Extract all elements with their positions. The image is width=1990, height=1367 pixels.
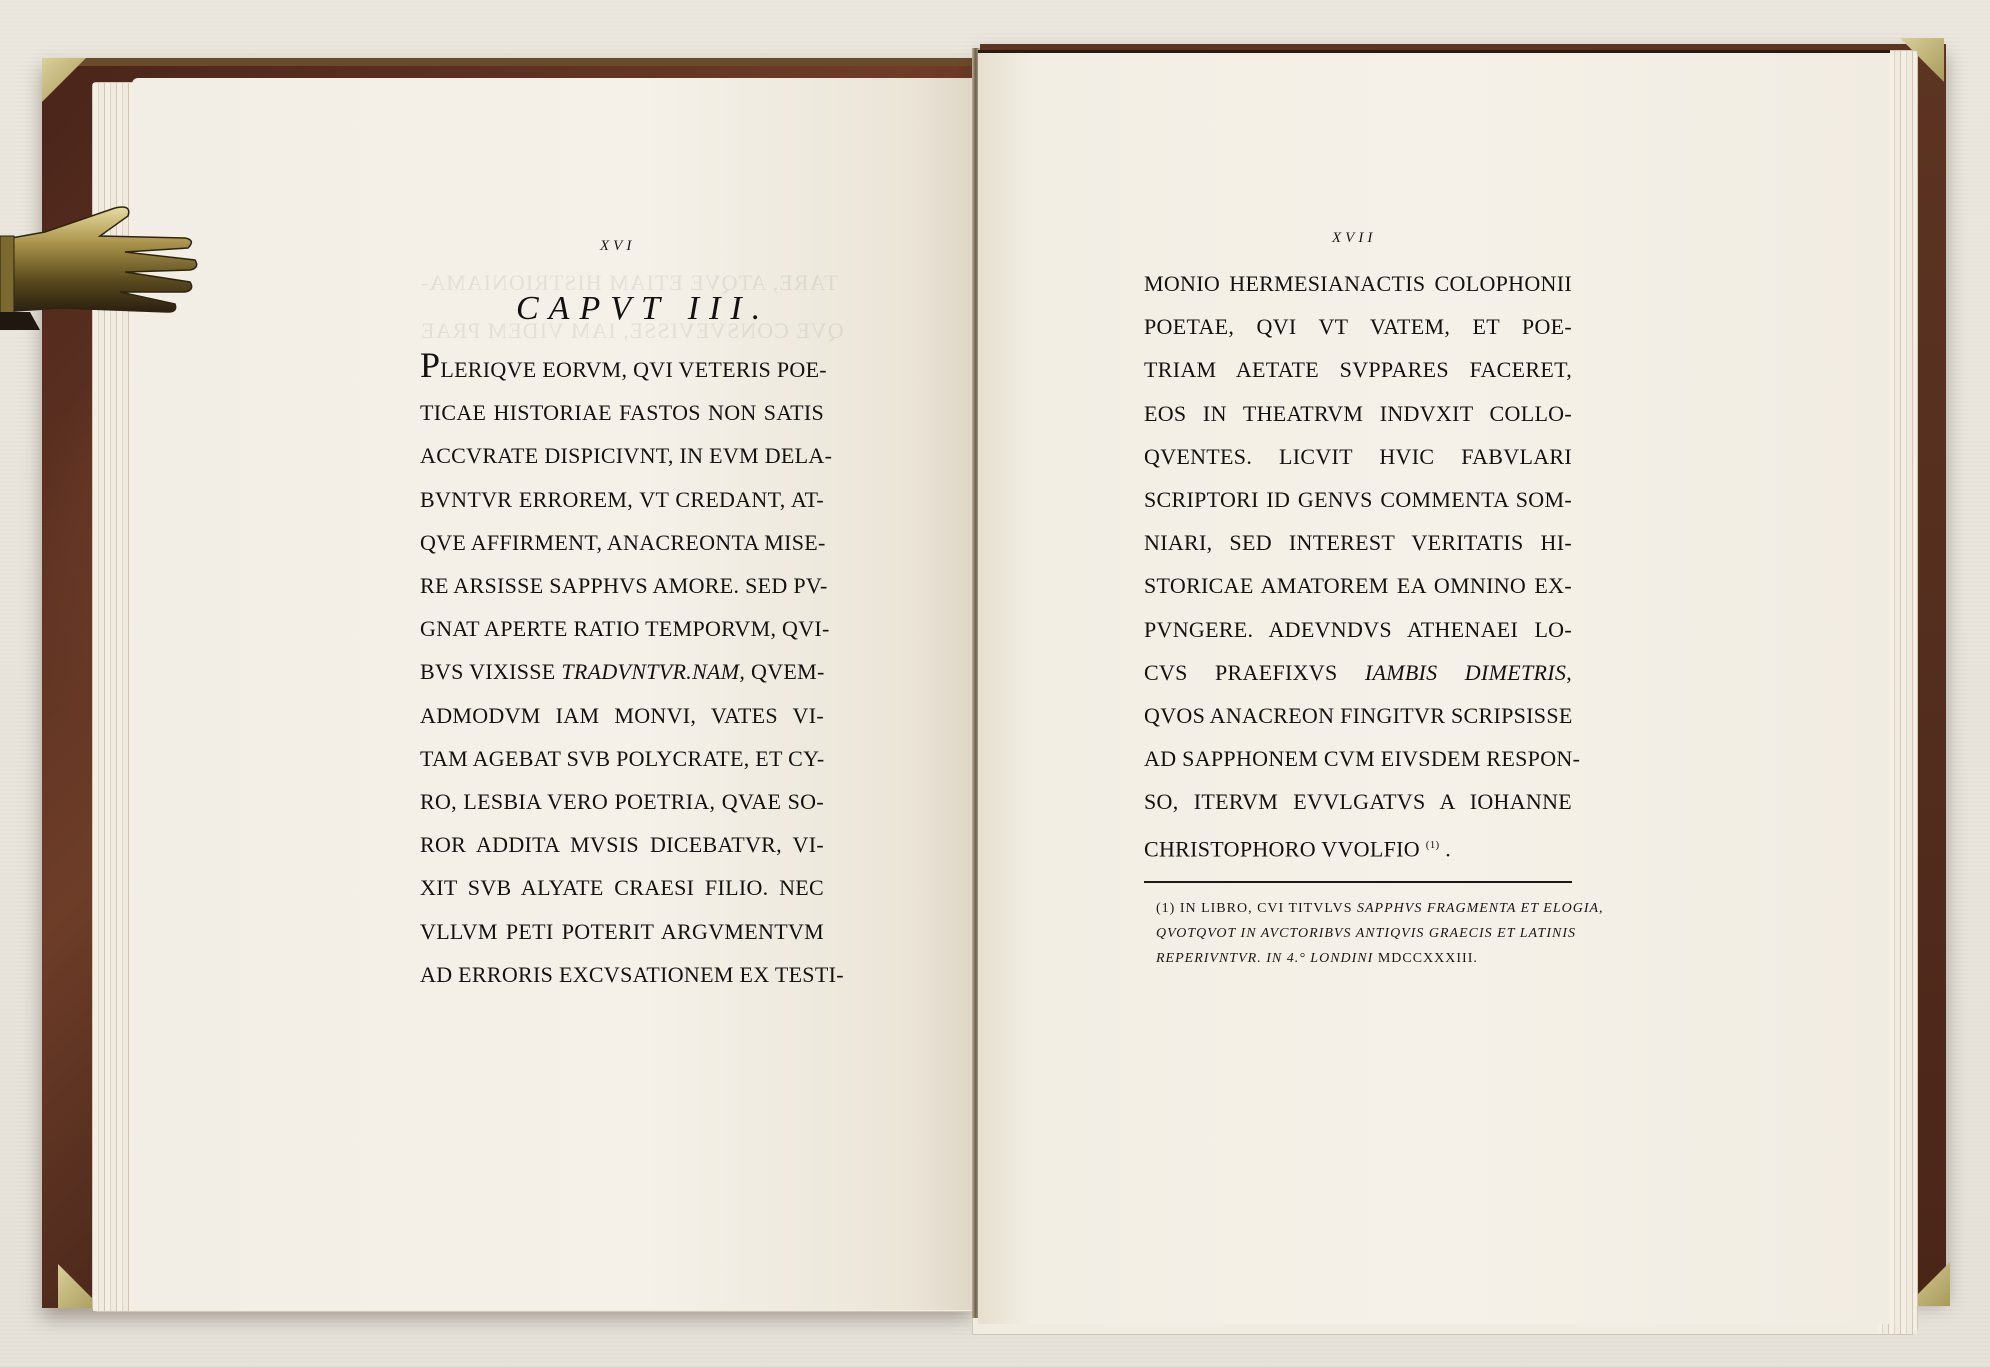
page-number-right: XVII bbox=[1332, 230, 1376, 247]
line-text: AD SAPPHONEM CVM EIVSDEM RESPON- bbox=[1144, 746, 1580, 771]
text-line: CHRISTOPHORO VVOLFIO (1) . bbox=[1144, 824, 1572, 871]
left-page-body-text: PLERIQVE EORVM, QVI VETERIS POE-TICAE HI… bbox=[420, 348, 824, 996]
text-line: STORICAE AMATOREM EA OMNINO EX- bbox=[1144, 564, 1572, 607]
text-line: CVS PRAEFIXVS IAMBIS DIMETRIS, bbox=[1144, 651, 1572, 694]
line-text: EOS IN THEATRVM INDVXIT COLLO- bbox=[1144, 401, 1572, 426]
text-line: TRIAM AETATE SVPPARES FACERET, bbox=[1144, 348, 1572, 391]
line-text: MDCCXXXIII. bbox=[1373, 951, 1478, 966]
line-text: QVEM- bbox=[745, 659, 824, 684]
text-line: NIARI, SED INTEREST VERITATIS HI- bbox=[1144, 521, 1572, 564]
text-line: BVS VIXISSE TRADVNTVR.NAM, QVEM- bbox=[420, 650, 824, 693]
text-line: QVENTES. LICVIT HVIC FABVLARI bbox=[1144, 435, 1572, 478]
text-line: (1) IN LIBRO, CVI TITVLVS SAPPHVS FRAGME… bbox=[1156, 896, 1572, 921]
text-line: ACCVRATE DISPICIVNT, IN EVM DELA- bbox=[420, 434, 824, 477]
line-text: PVNGERE. ADEVNDVS ATHENAEI LO- bbox=[1144, 617, 1572, 642]
text-line: VLLVM PETI POTERIT ARGVMENTVM bbox=[420, 910, 824, 953]
italic-text: TRADVNTVR.NAM, bbox=[561, 659, 745, 684]
line-text: TAM AGEBAT SVB POLYCRATE, ET CY- bbox=[420, 746, 825, 771]
line-text: QVOS ANACREON FINGITVR SCRIPSISSE bbox=[1144, 703, 1573, 728]
line-text: SCRIPTORI ID GENVS COMMENTA SOM- bbox=[1144, 487, 1572, 512]
line-text: RE ARSISSE SAPPHVS AMORE. SED PV- bbox=[420, 573, 828, 598]
drop-cap: P bbox=[420, 345, 440, 385]
footnote: (1) IN LIBRO, CVI TITVLVS SAPPHVS FRAGME… bbox=[1156, 896, 1572, 971]
text-line: REPERIVNTVR. IN 4.° LONDINI MDCCXXXIII. bbox=[1156, 946, 1572, 971]
italic-text: IAMBIS DIMETRIS bbox=[1365, 660, 1566, 685]
line-text: CVS PRAEFIXVS bbox=[1144, 660, 1365, 685]
footnote-marker[interactable]: (1) bbox=[1426, 839, 1440, 851]
line-text: NIARI, SED INTEREST VERITATIS HI- bbox=[1144, 530, 1572, 555]
text-line: QVOS ANACREON FINGITVR SCRIPSISSE bbox=[1144, 694, 1572, 737]
text-line: TICAE HISTORIAE FASTOS NON SATIS bbox=[420, 391, 824, 434]
line-text: TICAE HISTORIAE FASTOS NON SATIS bbox=[420, 400, 824, 425]
line-text: ROR ADDITA MVSIS DICEBATVR, VI- bbox=[420, 832, 824, 857]
line-text: QVE AFFIRMENT, ANACREONTA MISE- bbox=[420, 530, 826, 555]
text-line: TAM AGEBAT SVB POLYCRATE, ET CY- bbox=[420, 737, 824, 780]
line-text: TRIAM AETATE SVPPARES FACERET, bbox=[1144, 357, 1572, 382]
line-text: CHRISTOPHORO VVOLFIO bbox=[1144, 836, 1426, 861]
text-line: AD ERRORIS EXCVSATIONEM EX TESTI- bbox=[420, 953, 824, 996]
text-line: XIT SVB ALYATE CRAESI FILIO. NEC bbox=[420, 866, 824, 909]
line-text: XIT SVB ALYATE CRAESI FILIO. NEC bbox=[420, 875, 824, 900]
right-page-body-text: MONIO HERMESIANACTIS COLOPHONIIPOETAE, Q… bbox=[1144, 262, 1572, 870]
brass-hand-bookmark-icon bbox=[0, 200, 200, 330]
line-text: LERIQVE EORVM, QVI VETERIS POE- bbox=[440, 357, 827, 382]
line-text: ACCVRATE DISPICIVNT, IN EVM DELA- bbox=[420, 443, 832, 468]
text-line: PLERIQVE EORVM, QVI VETERIS POE- bbox=[420, 348, 824, 391]
text-line: MONIO HERMESIANACTIS COLOPHONII bbox=[1144, 262, 1572, 305]
text-line: BVNTVR ERROREM, VT CREDANT, AT- bbox=[420, 478, 824, 521]
line-text: (1) IN LIBRO, CVI TITVLVS bbox=[1156, 901, 1357, 916]
text-line: ADMODVM IAM MONVI, VATES VI- bbox=[420, 694, 824, 737]
italic-text: REPERIVNTVR. IN 4.° LONDINI bbox=[1156, 951, 1373, 966]
line-text: GNAT APERTE RATIO TEMPORVM, QVI- bbox=[420, 616, 830, 641]
text-line: GNAT APERTE RATIO TEMPORVM, QVI- bbox=[420, 607, 824, 650]
text-line: QVE AFFIRMENT, ANACREONTA MISE- bbox=[420, 521, 824, 564]
italic-text: QVOTQVOT IN AVCTORIBVS ANTIQVIS GRAECIS … bbox=[1156, 926, 1576, 941]
line-text: AD ERRORIS EXCVSATIONEM EX TESTI- bbox=[420, 962, 844, 987]
text-line: QVOTQVOT IN AVCTORIBVS ANTIQVIS GRAECIS … bbox=[1156, 921, 1572, 946]
text-line: RE ARSISSE SAPPHVS AMORE. SED PV- bbox=[420, 564, 824, 607]
line-text: VLLVM PETI POTERIT ARGVMENTVM bbox=[420, 919, 824, 944]
line-text: BVNTVR ERROREM, VT CREDANT, AT- bbox=[420, 487, 824, 512]
italic-text: SAPPHVS FRAGMENTA ET ELOGIA, bbox=[1357, 901, 1604, 916]
line-text: SO, ITERVM EVVLGATVS A IOHANNE bbox=[1144, 789, 1572, 814]
line-text: ADMODVM IAM MONVI, VATES VI- bbox=[420, 703, 824, 728]
line-text: STORICAE AMATOREM EA OMNINO EX- bbox=[1144, 573, 1572, 598]
chapter-heading: CAPVT III. bbox=[516, 290, 770, 328]
line-text: , bbox=[1566, 660, 1572, 685]
text-line: POETAE, QVI VT VATEM, ET POE- bbox=[1144, 305, 1572, 348]
line-text: RO, LESBIA VERO POETRIA, QVAE SO- bbox=[420, 789, 824, 814]
line-text: BVS VIXISSE bbox=[420, 659, 561, 684]
text-line: EOS IN THEATRVM INDVXIT COLLO- bbox=[1144, 392, 1572, 435]
page-number-left: XVI bbox=[600, 238, 635, 255]
line-text: . bbox=[1440, 836, 1452, 861]
footnote-rule bbox=[1144, 881, 1572, 883]
text-line: SCRIPTORI ID GENVS COMMENTA SOM- bbox=[1144, 478, 1572, 521]
text-line: SO, ITERVM EVVLGATVS A IOHANNE bbox=[1144, 780, 1572, 823]
text-line: RO, LESBIA VERO POETRIA, QVAE SO- bbox=[420, 780, 824, 823]
text-line: PVNGERE. ADEVNDVS ATHENAEI LO- bbox=[1144, 608, 1572, 651]
line-text: POETAE, QVI VT VATEM, ET POE- bbox=[1144, 314, 1572, 339]
text-line: ROR ADDITA MVSIS DICEBATVR, VI- bbox=[420, 823, 824, 866]
line-text: QVENTES. LICVIT HVIC FABVLARI bbox=[1144, 444, 1572, 469]
text-line: AD SAPPHONEM CVM EIVSDEM RESPON- bbox=[1144, 737, 1572, 780]
line-text: MONIO HERMESIANACTIS COLOPHONII bbox=[1144, 271, 1572, 296]
